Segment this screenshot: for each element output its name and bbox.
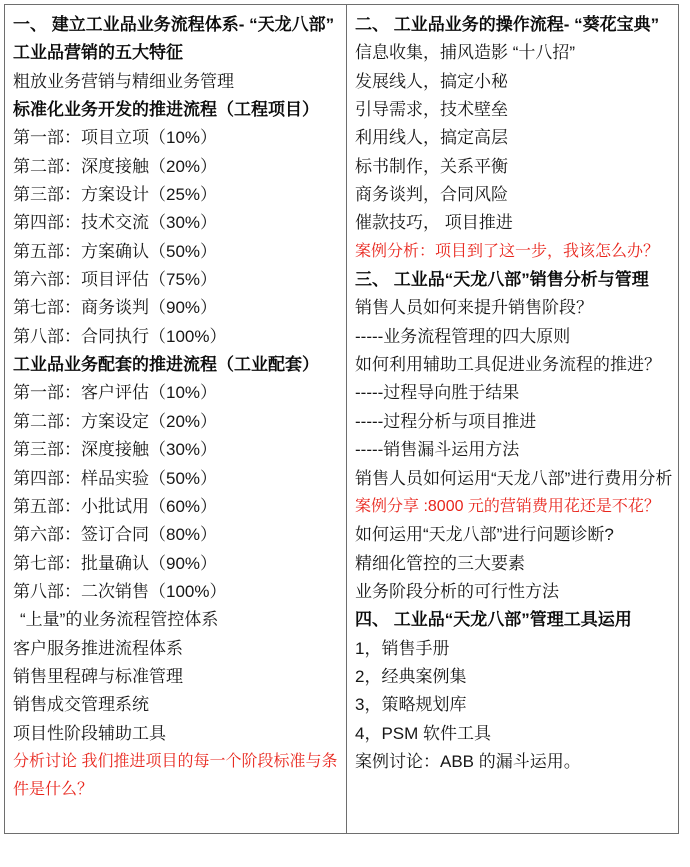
outline-line: 3，策略规划库 (355, 691, 676, 719)
outline-line: 项目性阶段辅助工具 (13, 720, 344, 748)
outline-line: -----销售漏斗运用方法 (355, 436, 676, 464)
outline-line: -----过程分析与项目推进 (355, 408, 676, 436)
outline-line: 催款技巧， 项目推进 (355, 209, 676, 237)
outline-line: 标书制作，关系平衡 (355, 153, 676, 181)
outline-line: 如何利用辅助工具促进业务流程的推进？ (355, 351, 676, 379)
outline-section-header: 二、 工业品业务的操作流程- “葵花宝典” (355, 11, 676, 39)
outline-line: 第四部：样品实验（50%） (13, 465, 344, 493)
outline-line: 如何运用“天龙八部”进行问题诊断? (355, 521, 676, 549)
outline-line: 销售成交管理系统 (13, 691, 344, 719)
outline-line: 第六部：签订合同（80%） (13, 521, 344, 549)
outline-line: 第五部：方案确认（50%） (13, 238, 344, 266)
outline-line: “上量”的业务流程管控体系 (13, 606, 344, 634)
outline-line: 第一部：项目立项（10%） (13, 124, 344, 152)
outline-line: 业务阶段分析的可行性方法 (355, 578, 676, 606)
outline-line: 1，销售手册 (355, 635, 676, 663)
outline-line: 4，PSM 软件工具 (355, 720, 676, 748)
outline-line: 销售人员如何运用“天龙八部”进行费用分析 (355, 465, 676, 493)
outline-section-header: 工业品业务配套的推进流程（工业配套） (13, 351, 344, 379)
outline-line: 第五部：小批试用（60%） (13, 493, 344, 521)
outline-line: 发展线人，搞定小秘 (355, 68, 676, 96)
outline-line: 第三部：方案设计（25%） (13, 181, 344, 209)
outline-line: 粗放业务营销与精细业务管理 (13, 68, 344, 96)
outline-section-header: 标准化业务开发的推进流程（工程项目） (13, 96, 344, 124)
outline-line: 第一部：客户评估（10%） (13, 379, 344, 407)
outline-line: 引导需求，技术壁垒 (355, 96, 676, 124)
outline-line: 精细化管控的三大要素 (355, 550, 676, 578)
outline-section-header: 工业品营销的五大特征 (13, 39, 344, 67)
document-page: 一、 建立工业品业务流程体系- “天龙八部”工业品营销的五大特征粗放业务营销与精… (0, 0, 690, 867)
outline-line: 商务谈判，合同风险 (355, 181, 676, 209)
outline-line: 2，经典案例集 (355, 663, 676, 691)
outline-emphasis-line: 案例分析：项目到了这一步，我该怎么办？ (355, 238, 676, 266)
outline-line: 客户服务推进流程体系 (13, 635, 344, 663)
outline-line: 第三部：深度接触（30%） (13, 436, 344, 464)
outline-line: -----业务流程管理的四大原则 (355, 323, 676, 351)
outline-line: 第八部：合同执行（100%） (13, 323, 344, 351)
course-outline-table: 一、 建立工业品业务流程体系- “天龙八部”工业品营销的五大特征粗放业务营销与精… (4, 4, 679, 834)
outline-line: 销售里程碑与标准管理 (13, 663, 344, 691)
outline-line: 第八部：二次销售（100%） (13, 578, 344, 606)
outline-section-header: 四、 工业品“天龙八部”管理工具运用 (355, 606, 676, 634)
outline-column-right: 二、 工业品业务的操作流程- “葵花宝典”信息收集，捕风造影 “十八招”发展线人… (347, 5, 678, 833)
outline-emphasis-line: 分析讨论 我们推进项目的每一个阶段标准与条件是什么？ (13, 748, 344, 805)
outline-line: 信息收集，捕风造影 “十八招” (355, 39, 676, 67)
outline-emphasis-line: 案例分享 :8000 元的营销费用花还是不花？ (355, 493, 676, 521)
outline-line: 第六部：项目评估（75%） (13, 266, 344, 294)
outline-line: -----过程导向胜于结果 (355, 379, 676, 407)
outline-line: 第七部：商务谈判（90%） (13, 294, 344, 322)
outline-line: 第二部：方案设定（20%） (13, 408, 344, 436)
outline-line: 案例讨论：ABB 的漏斗运用。 (355, 748, 676, 776)
outline-section-header: 三、 工业品“天龙八部”销售分析与管理 (355, 266, 676, 294)
outline-line: 销售人员如何来提升销售阶段？ (355, 294, 676, 322)
outline-section-header: 一、 建立工业品业务流程体系- “天龙八部” (13, 11, 344, 39)
outline-column-left: 一、 建立工业品业务流程体系- “天龙八部”工业品营销的五大特征粗放业务营销与精… (5, 5, 347, 833)
outline-line: 第四部：技术交流（30%） (13, 209, 344, 237)
outline-line: 第二部：深度接触（20%） (13, 153, 344, 181)
outline-line: 第七部：批量确认（90%） (13, 550, 344, 578)
outline-line: 利用线人，搞定高层 (355, 124, 676, 152)
